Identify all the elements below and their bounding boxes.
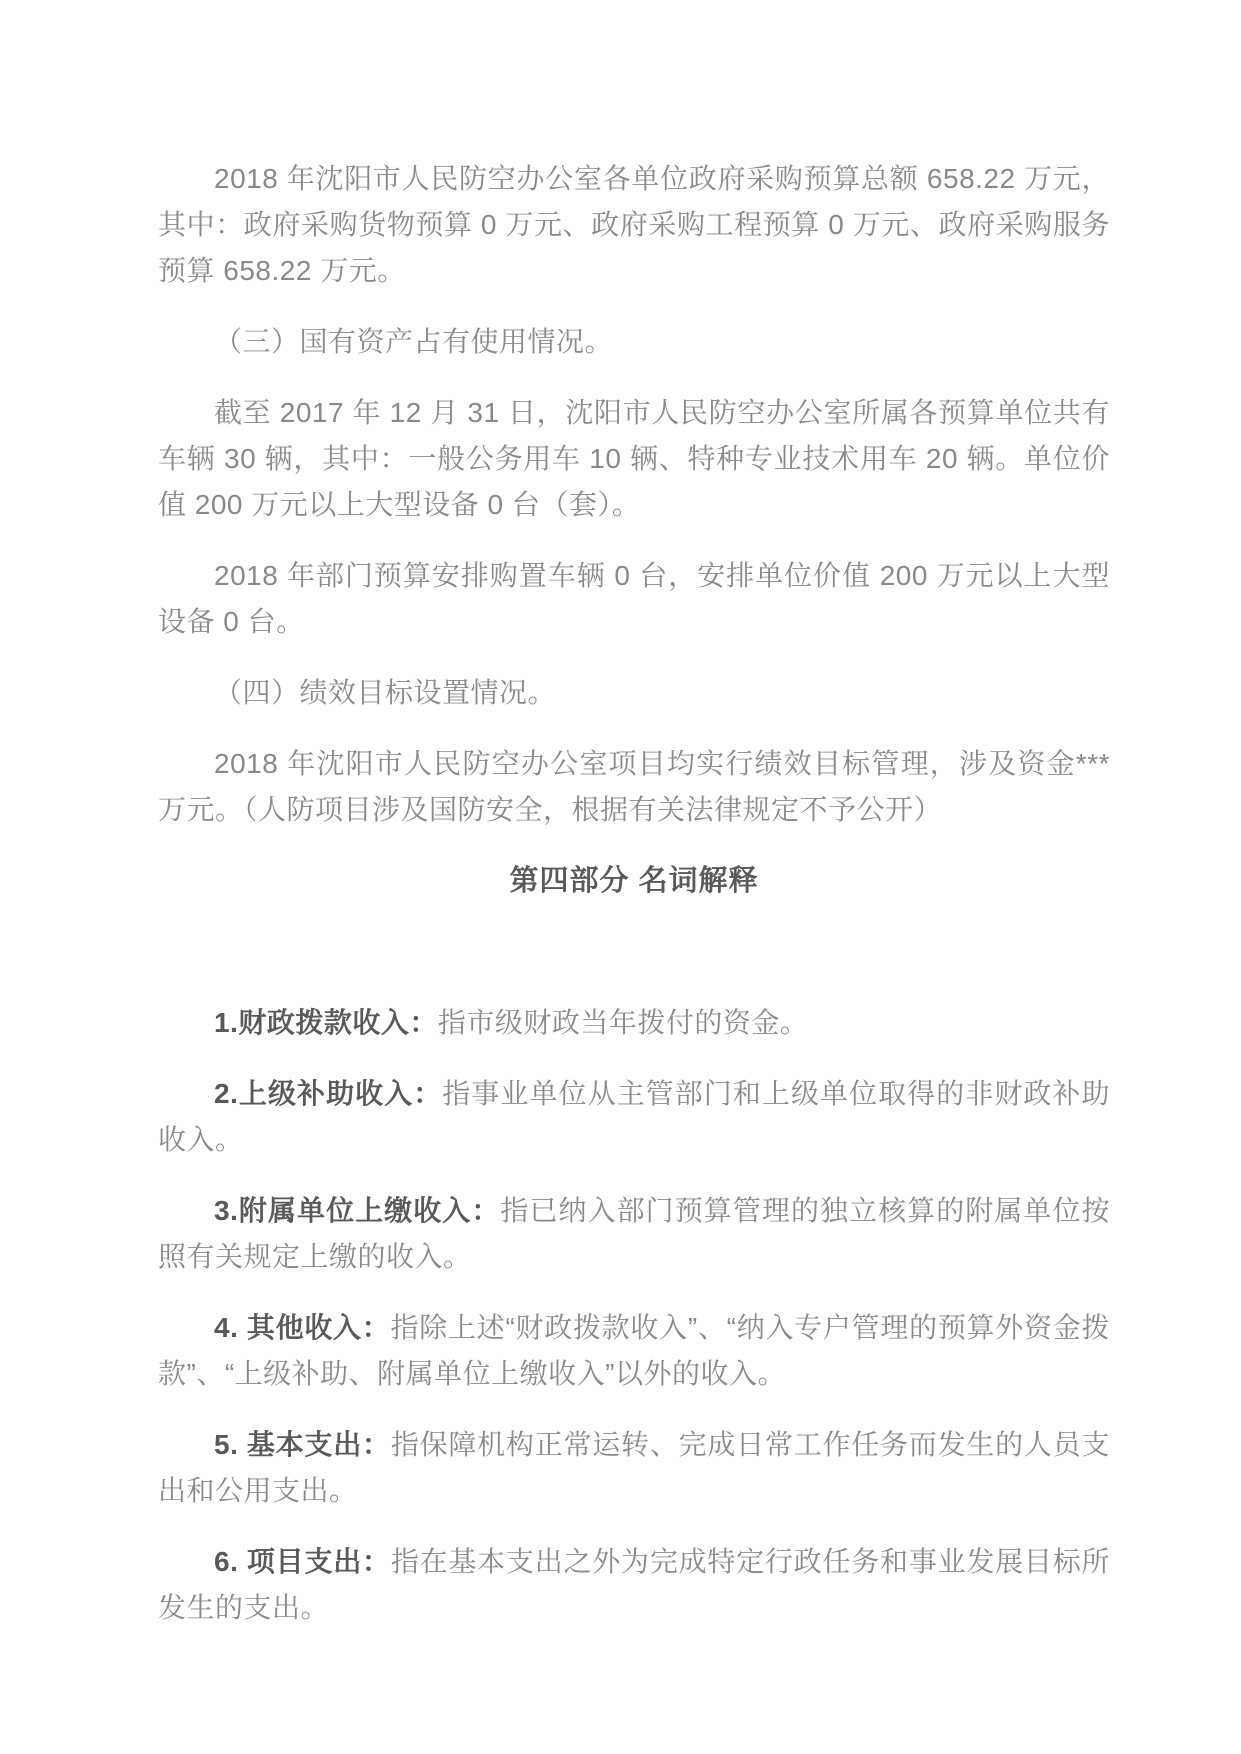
glossary-item-4: 4. 其他收入：指除上述“财政拨款收入”、“纳入专户管理的预算外资金拨款”、“上… — [158, 1305, 1110, 1397]
glossary-term-5: 5. 基本支出： — [214, 1429, 391, 1460]
glossary-item-5: 5. 基本支出：指保障机构正常运转、完成日常工作任务而发生的人员支出和公用支出。 — [158, 1422, 1110, 1514]
document-page: 2018 年沈阳市人民防空办公室各单位政府采购预算总额 658.22 万元，其中… — [0, 0, 1241, 1754]
glossary-desc-1: 指市级财政当年拨付的资金。 — [438, 1007, 809, 1038]
paragraph-procurement-total: 2018 年沈阳市人民防空办公室各单位政府采购预算总额 658.22 万元，其中… — [158, 156, 1110, 294]
glossary-term-1: 1.财政拨款收入： — [214, 1007, 438, 1038]
glossary-term-6: 6. 项目支出： — [214, 1546, 391, 1577]
empty-line — [158, 929, 1110, 975]
section-title-part4-glossary: 第四部分 名词解释 — [158, 858, 1110, 904]
glossary-item-1: 1.财政拨款收入：指市级财政当年拨付的资金。 — [158, 1000, 1110, 1046]
paragraph-performance-targets: 2018 年沈阳市人民防空办公室项目均实行绩效目标管理，涉及资金***万元。（人… — [158, 741, 1110, 833]
glossary-term-3: 3.附属单位上缴收入： — [214, 1195, 500, 1226]
glossary-item-6: 6. 项目支出：指在基本支出之外为完成特定行政任务和事业发展目标所发生的支出。 — [158, 1539, 1110, 1631]
paragraph-purchase-plan: 2018 年部门预算安排购置车辆 0 台，安排单位价值 200 万元以上大型设备… — [158, 553, 1110, 645]
glossary-item-2: 2.上级补助收入：指事业单位从主管部门和上级单位取得的非财政补助收入。 — [158, 1071, 1110, 1163]
paragraph-performance-heading: （四）绩效目标设置情况。 — [158, 670, 1110, 716]
paragraph-state-assets-heading: （三）国有资产占有使用情况。 — [158, 319, 1110, 365]
paragraph-vehicles-equipment: 截至 2017 年 12 月 31 日，沈阳市人民防空办公室所属各预算单位共有车… — [158, 390, 1110, 528]
glossary-term-2: 2.上级补助收入： — [214, 1078, 442, 1109]
glossary-term-4: 4. 其他收入： — [214, 1312, 391, 1343]
glossary-item-3: 3.附属单位上缴收入：指已纳入部门预算管理的独立核算的附属单位按照有关规定上缴的… — [158, 1188, 1110, 1280]
